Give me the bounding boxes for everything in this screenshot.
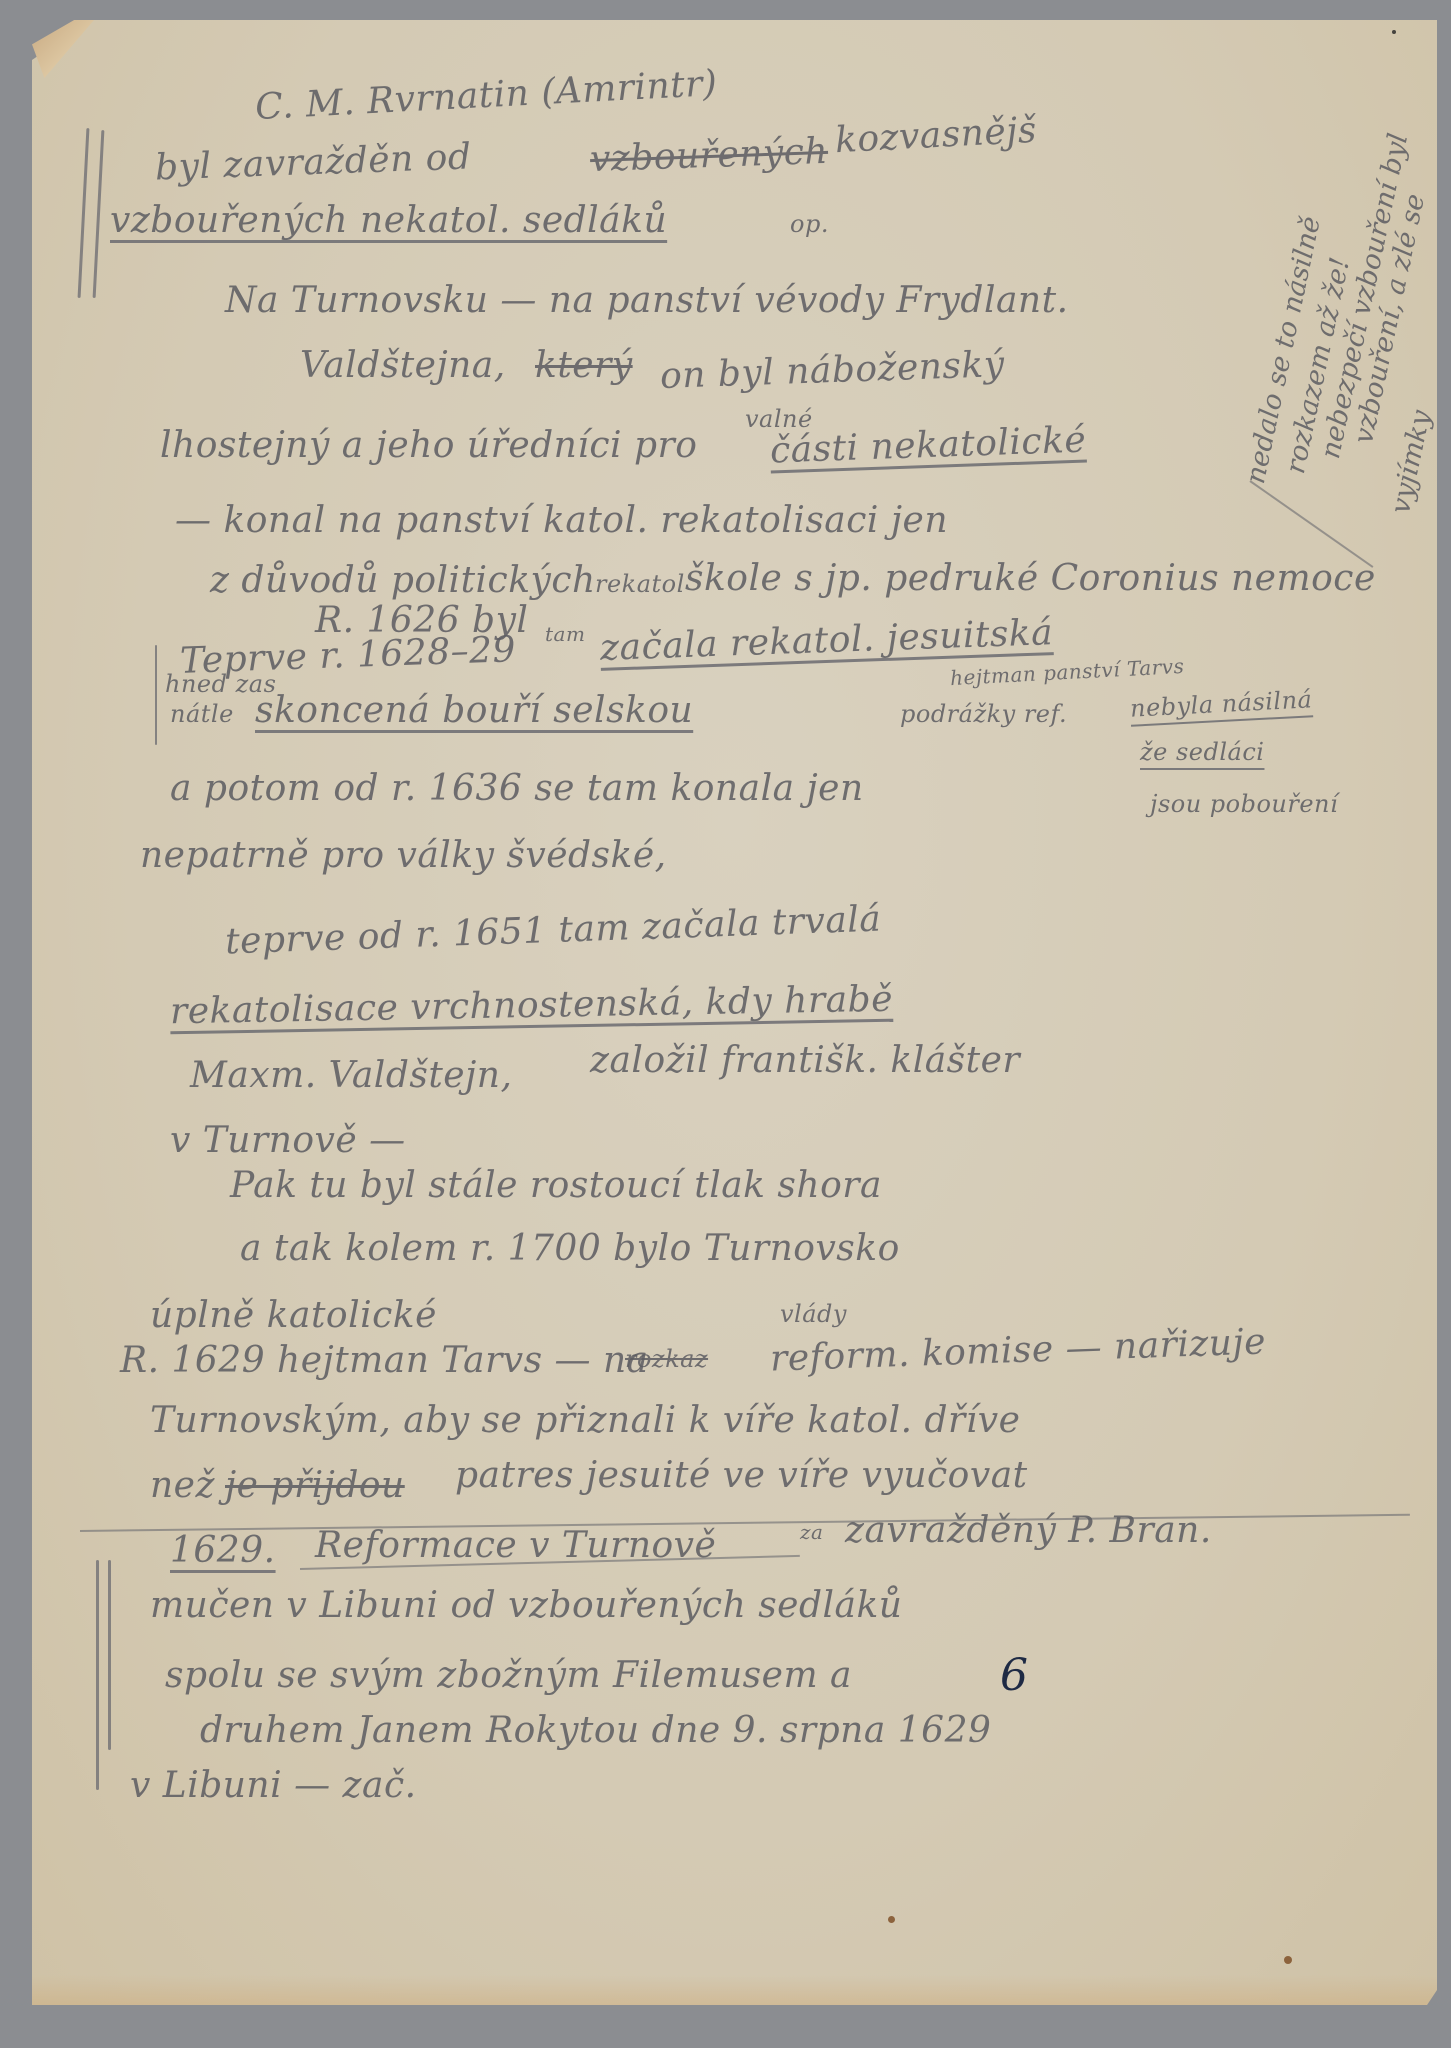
line-21b: rozkaz <box>625 1345 708 1373</box>
line-8b: rekatol <box>595 570 685 598</box>
stain-spot <box>1392 30 1396 34</box>
line-13: nepatrně pro války švédské, <box>140 835 667 876</box>
line-23c: patres jesuité ve víře vyučovat <box>455 1455 1028 1496</box>
line-11f: jsou pobouření <box>1150 790 1338 818</box>
margin-bar <box>155 645 157 745</box>
line-7: — konal na panství katol. rekatolisaci j… <box>175 500 948 541</box>
line-4: Na Turnovsku — na panství vévody Frydlan… <box>225 280 1069 321</box>
line-20: úplně katolické <box>150 1295 437 1336</box>
line-8: z důvodů politických <box>210 560 596 601</box>
line-16a: Maxm. Valdštejn, <box>190 1055 512 1096</box>
line-22: Turnovským, aby se přiznali k víře katol… <box>150 1400 1020 1441</box>
line-9-insert: tam <box>545 622 585 646</box>
line-8c: škole s jp. pedruké Coronius nemoce <box>685 558 1376 599</box>
line-27: druhem Janem Rokytou dne 9. srpna 1629 <box>200 1710 991 1751</box>
line-5-struck: který <box>535 345 633 386</box>
line-19: a tak kolem r. 1700 bylo Turnovsko <box>240 1228 900 1269</box>
line-24a: 1629. <box>170 1530 276 1571</box>
line-21-insert: vlády <box>780 1300 847 1328</box>
line-23a: než <box>150 1465 215 1506</box>
line-24c: za <box>800 1520 823 1544</box>
line-3: vzbouřených nekatol. sedláků <box>110 200 667 241</box>
stain-spot <box>888 1916 895 1923</box>
stain-spot <box>1284 1956 1292 1964</box>
line-3-op: op. <box>790 210 829 238</box>
line-2-struck: vzbouřených <box>589 131 828 180</box>
line-11e: že sedláci <box>1140 738 1264 766</box>
line-28: v Libuni — zač. <box>130 1765 417 1806</box>
line-5a: Valdštejna, <box>300 345 506 386</box>
line-21a: R. 1629 hejtman Tarvs — na <box>120 1340 649 1381</box>
line-17: v Turnově — <box>170 1120 406 1161</box>
line-24d: zavražděný P. Bran. <box>845 1510 1212 1551</box>
line-18: Pak tu byl stále rostoucí tlak shora <box>230 1165 882 1206</box>
line-11b: skoncená bouří selskou <box>255 690 693 731</box>
ink-correction-6: 6 <box>1000 1650 1029 1701</box>
margin-bar <box>108 1560 111 1750</box>
margin-bar <box>96 1560 99 1790</box>
line-25: mučen v Libuni od vzbouřených sedláků <box>150 1585 903 1626</box>
line-11a: nátle <box>170 700 234 728</box>
line-12: a potom od r. 1636 se tam konala jen <box>170 768 864 809</box>
line-26: spolu se svým zbožným Filemusem a <box>165 1655 852 1696</box>
line-23b: je přijdou <box>225 1465 405 1506</box>
line-11c: podrážky ref. <box>900 700 1067 728</box>
line-6: lhostejný a jeho úředníci pro <box>160 425 697 466</box>
line-16b: založil františk. klášter <box>590 1040 1020 1081</box>
line-24b: Reformace v Turnově <box>315 1525 716 1566</box>
